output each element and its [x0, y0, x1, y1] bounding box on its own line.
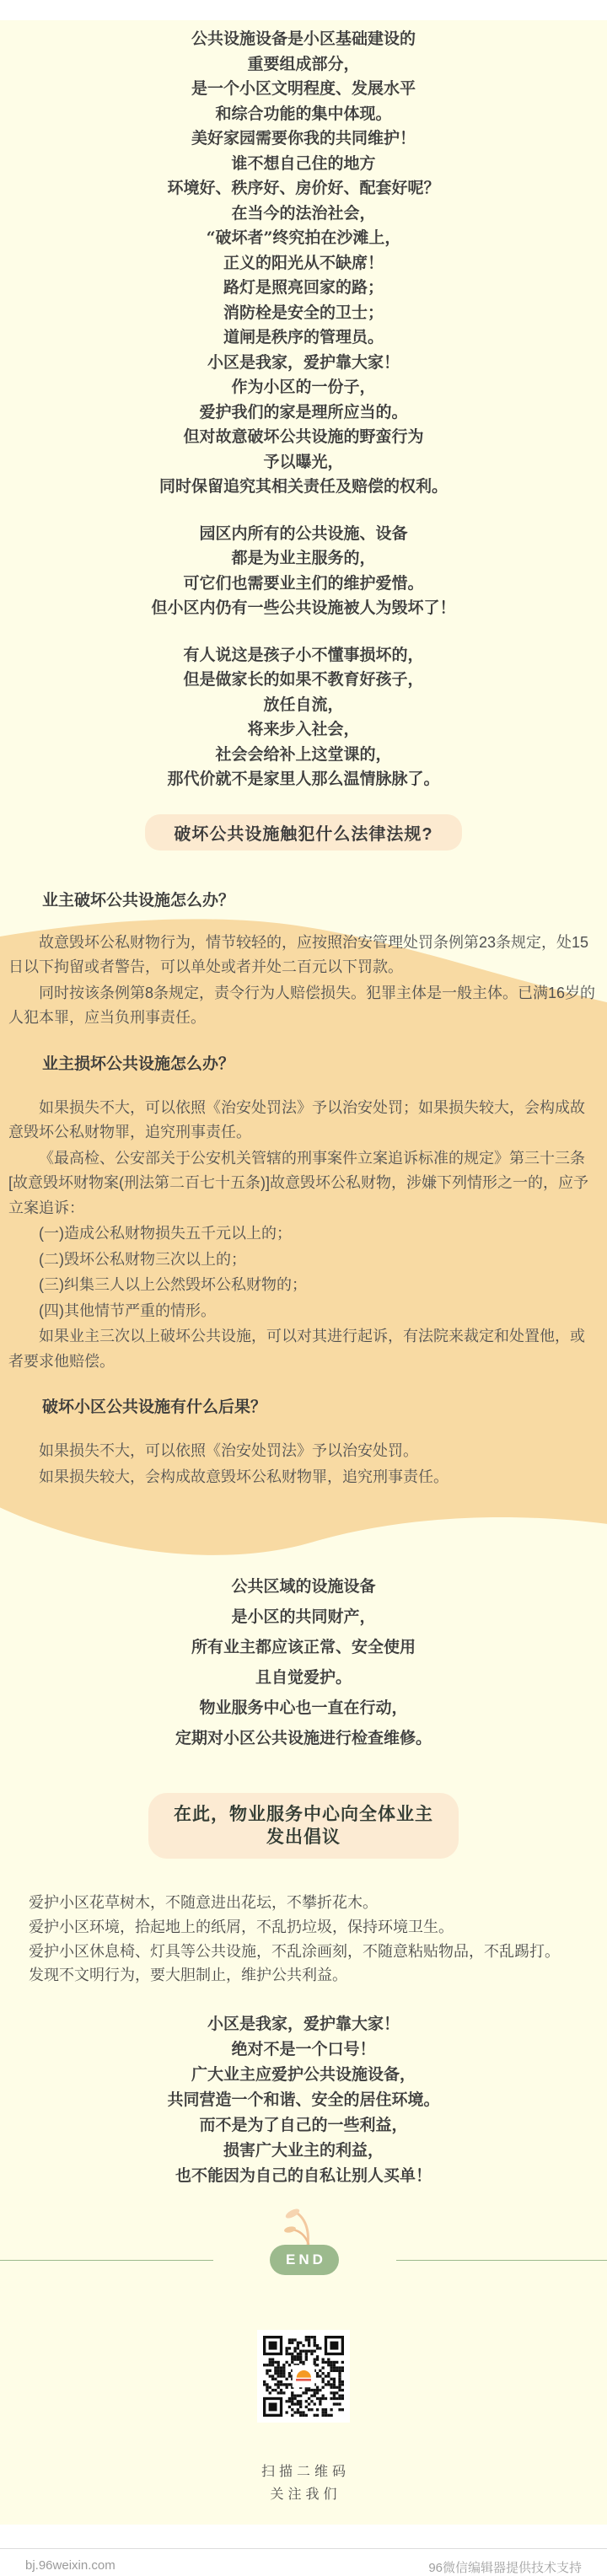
footer-divider-line	[0, 2548, 607, 2549]
proposal-item: 爱护小区休息椅、灯具等公共设施，不乱涂画刻，不随意粘贴物品，不乱踢打。	[29, 1940, 590, 1964]
intro-line: 可它们也需要业主们的维护爱惜。	[8, 572, 599, 597]
intro-line: 社会会给补上这堂课的，	[8, 743, 599, 768]
intro-line: 那代价就不是家里人那么温情脉脉了。	[8, 767, 599, 792]
qr-caption-line1: 扫描二维码	[0, 2461, 607, 2483]
qa-paragraph: 《最高检、公安部关于公安机关管辖的刑事案件立案追诉标准的规定》第三十三条 [故意…	[8, 1146, 599, 1221]
intro-line: 作为小区的一份子，	[8, 375, 599, 400]
intro-line: 放任自流，	[8, 693, 599, 718]
qr-code	[257, 2330, 350, 2423]
intro-line: 和综合功能的集中体现。	[8, 102, 599, 127]
proposal-title-line1: 在此，物业服务中心向全体业主	[174, 1805, 433, 1824]
final-stanza-line: 广大业主应爱护公共设施设备，	[8, 2062, 599, 2087]
qa-paragraph: (四)其他情节严重的情形。	[8, 1299, 599, 1324]
law-section-title: 破坏公共设施触犯什么法律法规?	[145, 814, 461, 851]
intro-line: 爱护我们的家是理所应当的。	[8, 400, 599, 426]
qa-peach-band: 故意毁坏公私财物行为，情节较轻的，应按照治安管理处罚条例第23条规定，处15日以…	[0, 915, 607, 1563]
qa-paragraph: 如果损失较大，会构成故意毁坏公私财物罪，追究刑事责任。	[8, 1465, 599, 1490]
end-divider-line-right	[396, 2260, 607, 2261]
intro-line: 但对故意破坏公共设施的野蛮行为	[8, 425, 599, 450]
intro-stanza-1: 公共设施设备是小区基础建设的重要组成部分，是一个小区文明程度、发展水平和综合功能…	[8, 20, 599, 500]
intro-line: 道闸是秩序的管理员。	[8, 325, 599, 351]
qa-paragraph: (三)纠集三人以上公然毁坏公私财物的；	[8, 1273, 599, 1298]
proposal-item: 发现不文明行为，要大胆制止，维护公共利益。	[29, 1963, 590, 1988]
qa-paragraph: 如果损失不大，可以依照《治安处罚法》予以治安处罚。	[8, 1439, 599, 1464]
law-section-title-row: 破坏公共设施触犯什么法律法规?	[0, 814, 607, 851]
qa-paragraphs-3: 如果损失不大，可以依照《治安处罚法》予以治安处罚。如果损失较大，会构成故意毁坏公…	[8, 1439, 599, 1489]
final-stanza-line: 损害广大业主的利益，	[8, 2138, 599, 2163]
intro-line: 予以曝光，	[8, 450, 599, 475]
qa-paragraph: 同时按该条例第8条规定，责令行为人赔偿损失。犯罪主体是一般主体。已满16岁的人犯…	[8, 981, 599, 1031]
qa-paragraph: 如果损失不大，可以依照《治安处罚法》予以治安处罚；如果损失较大，会构成故意毁坏公…	[8, 1096, 599, 1146]
final-stanza-line: 小区是我家，爱护靠大家！	[8, 2011, 599, 2037]
end-divider-row: END	[0, 2244, 607, 2278]
end-divider-line-left	[0, 2260, 213, 2261]
qr-caption-line2: 关注我们	[0, 2483, 607, 2506]
intro-line: 消防栓是安全的卫士；	[8, 301, 599, 326]
mid-stanza-line: 物业服务中心也一直在行动，	[8, 1693, 599, 1724]
mid-stanza: 公共区域的设施设备是小区的共同财产，所有业主都应该正常、安全使用且自觉爱护。物业…	[8, 1572, 599, 1754]
mid-stanza-line: 是小区的共同财产，	[8, 1602, 599, 1633]
qr-caption: 扫描二维码 关注我们	[0, 2461, 607, 2506]
qa-paragraph: 故意毁坏公私财物行为，情节较轻的，应按照治安管理处罚条例第23条规定，处15日以…	[8, 931, 599, 980]
intro-line: 将来步入社会，	[8, 717, 599, 743]
proposal-title: 在此，物业服务中心向全体业主 发出倡议	[148, 1793, 459, 1859]
final-stanza-line: 共同营造一个和谐、安全的居住环境。	[8, 2087, 599, 2112]
article-page: 公共设施设备是小区基础建设的重要组成部分，是一个小区文明程度、发展水平和综合功能…	[0, 0, 607, 2576]
qr-code-row	[0, 2330, 607, 2427]
qa-paragraph: (二)毁坏公私财物三次以上的；	[8, 1248, 599, 1273]
proposal-title-row: 在此，物业服务中心向全体业主 发出倡议	[0, 1793, 607, 1859]
qa-paragraphs-1: 故意毁坏公私财物行为，情节较轻的，应按照治安管理处罚条例第23条规定，处15日以…	[8, 931, 599, 1031]
mid-stanza-line: 定期对小区公共设施进行检查维修。	[8, 1724, 599, 1754]
intro-line: 都是为业主服务的，	[8, 546, 599, 572]
top-white-bar	[0, 0, 607, 20]
intro-stanza-2: 园区内所有的公共设施、设备都是为业主服务的，可它们也需要业主们的维护爱惜。但小区…	[8, 522, 599, 621]
proposal-list: 爱护小区花草树木，不随意进出花坛，不攀折花木。爱护小区环境，拾起地上的纸屑，不乱…	[29, 1891, 590, 1988]
final-stanza: 小区是我家，爱护靠大家！绝对不是一个口号！广大业主应爱护公共设施设备，共同营造一…	[8, 2011, 599, 2188]
proposal-item: 爱护小区花草树木，不随意进出花坛，不攀折花木。	[29, 1891, 590, 1915]
intro-line: 重要组成部分，	[8, 52, 599, 78]
end-badge: END	[270, 2245, 339, 2275]
intro-line: 但小区内仍有一些公共设施被人为毁坏了！	[8, 596, 599, 621]
intro-line: 园区内所有的公共设施、设备	[8, 522, 599, 547]
qa-heading-3: 破坏小区公共设施有什么后果？	[42, 1394, 599, 1417]
qa-paragraph: 如果业主三次以上破坏公共设施，可以对其进行起诉，有法院来裁定和处置他，或者要求他…	[8, 1324, 599, 1374]
mid-stanza-line: 所有业主都应该正常、安全使用	[8, 1633, 599, 1663]
qa-heading-2: 业主损坏公共设施怎么办？	[42, 1051, 599, 1074]
intro-line: 路灯是照亮回家的路；	[8, 276, 599, 301]
intro-line: 小区是我家，爱护靠大家！	[8, 351, 599, 376]
intro-line: 正义的阳光从不缺席！	[8, 251, 599, 276]
intro-line: 在当今的法治社会，	[8, 201, 599, 227]
intro-line: 有人说这是孩子小不懂事损坏的，	[8, 643, 599, 668]
intro-line: 谁不想自己住的地方	[8, 152, 599, 177]
intro-stanza-3: 有人说这是孩子小不懂事损坏的，但是做家长的如果不教育好孩子，放任自流，将来步入社…	[8, 643, 599, 792]
proposal-title-line2: 发出倡议	[266, 1827, 341, 1847]
intro-line: 但是做家长的如果不教育好孩子，	[8, 668, 599, 693]
qa-paragraphs-2: 如果损失不大，可以依照《治安处罚法》予以治安处罚；如果损失较大，会构成故意毁坏公…	[8, 1096, 599, 1375]
intro-line: 同时保留追究其相关责任及赔偿的权利。	[8, 475, 599, 500]
qa-paragraph: (一)造成公私财物损失五千元以上的；	[8, 1221, 599, 1247]
footer-credit-text: 96微信编辑器提供技术支持	[428, 2558, 582, 2576]
intro-line: 公共设施设备是小区基础建设的	[8, 27, 599, 52]
intro-line: 是一个小区文明程度、发展水平	[8, 77, 599, 102]
intro-line: 环境好、秩序好、房价好、配套好呢？	[8, 176, 599, 201]
final-stanza-line: 也不能因为自己的自私让别人买单！	[8, 2163, 599, 2188]
intro-line: 美好家园需要你我的共同维护！	[8, 126, 599, 152]
final-stanza-line: 而不是为了自己的一些利益，	[8, 2112, 599, 2138]
proposal-item: 爱护小区环境，拾起地上的纸屑，不乱扔垃圾，保持环境卫生。	[29, 1915, 590, 1940]
qa-band-content: 故意毁坏公私财物行为，情节较轻的，应按照治安管理处罚条例第23条规定，处15日以…	[0, 915, 607, 1563]
qa-heading-1: 业主破坏公共设施怎么办？	[42, 888, 599, 910]
footer-bar: bj.96weixin.com 96微信编辑器提供技术支持	[0, 2525, 607, 2576]
cream-bottom-pad	[0, 2506, 607, 2525]
footer-site-url: bj.96weixin.com	[25, 2558, 115, 2573]
final-stanza-line: 绝对不是一个口号！	[8, 2037, 599, 2062]
intro-line: “破坏者”终究拍在沙滩上，	[8, 226, 599, 251]
mid-stanza-line: 且自觉爱护。	[8, 1663, 599, 1693]
mid-stanza-line: 公共区域的设施设备	[8, 1572, 599, 1602]
